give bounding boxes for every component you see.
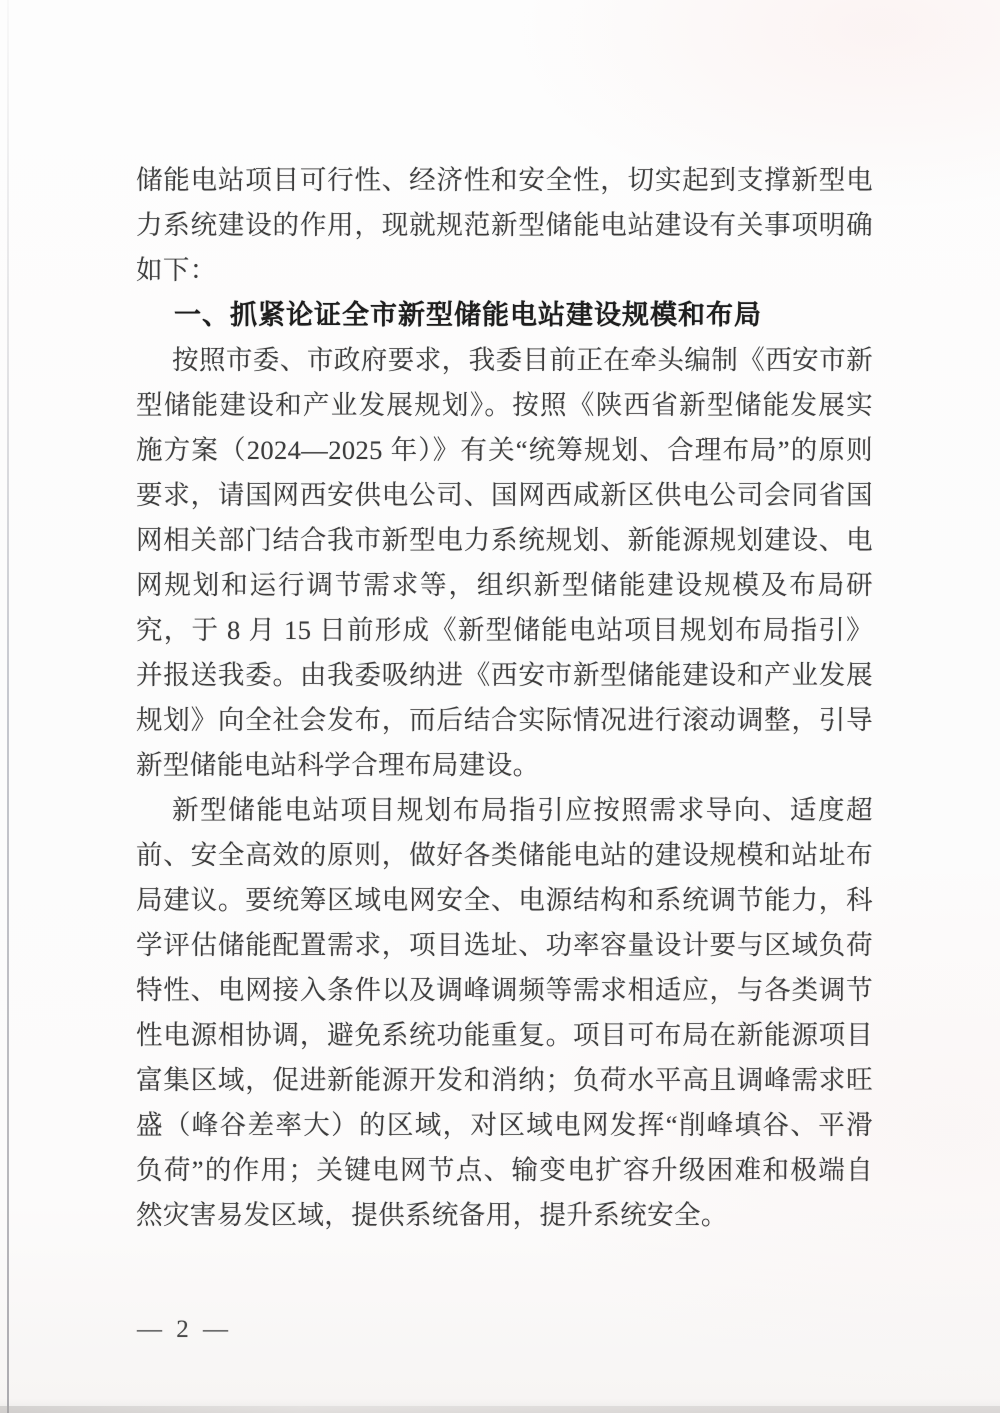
document-body: 储能电站项目可行性、经济性和安全性，切实起到支撑新型电力系统建设的作用，现就规范…	[136, 158, 873, 1238]
scan-artifact-left-edge-line	[7, 0, 9, 1413]
intro-continuation-paragraph: 储能电站项目可行性、经济性和安全性，切实起到支撑新型电力系统建设的作用，现就规范…	[136, 158, 873, 293]
section-1-paragraph-2: 新型储能电站项目规划布局指引应按照需求导向、适度超前、安全高效的原则，做好各类储…	[136, 788, 873, 1238]
page-number: — 2 —	[137, 1314, 232, 1346]
section-1-paragraph-1: 按照市委、市政府要求，我委目前正在牵头编制《西安市新型储能建设和产业发展规划》。…	[136, 338, 873, 788]
scan-artifact-bottom-band	[0, 1406, 1000, 1413]
section-1-heading: 一、抓紧论证全市新型储能电站建设规模和布局	[136, 293, 873, 338]
scanned-document-page: 储能电站项目可行性、经济性和安全性，切实起到支撑新型电力系统建设的作用，现就规范…	[0, 0, 1000, 1413]
